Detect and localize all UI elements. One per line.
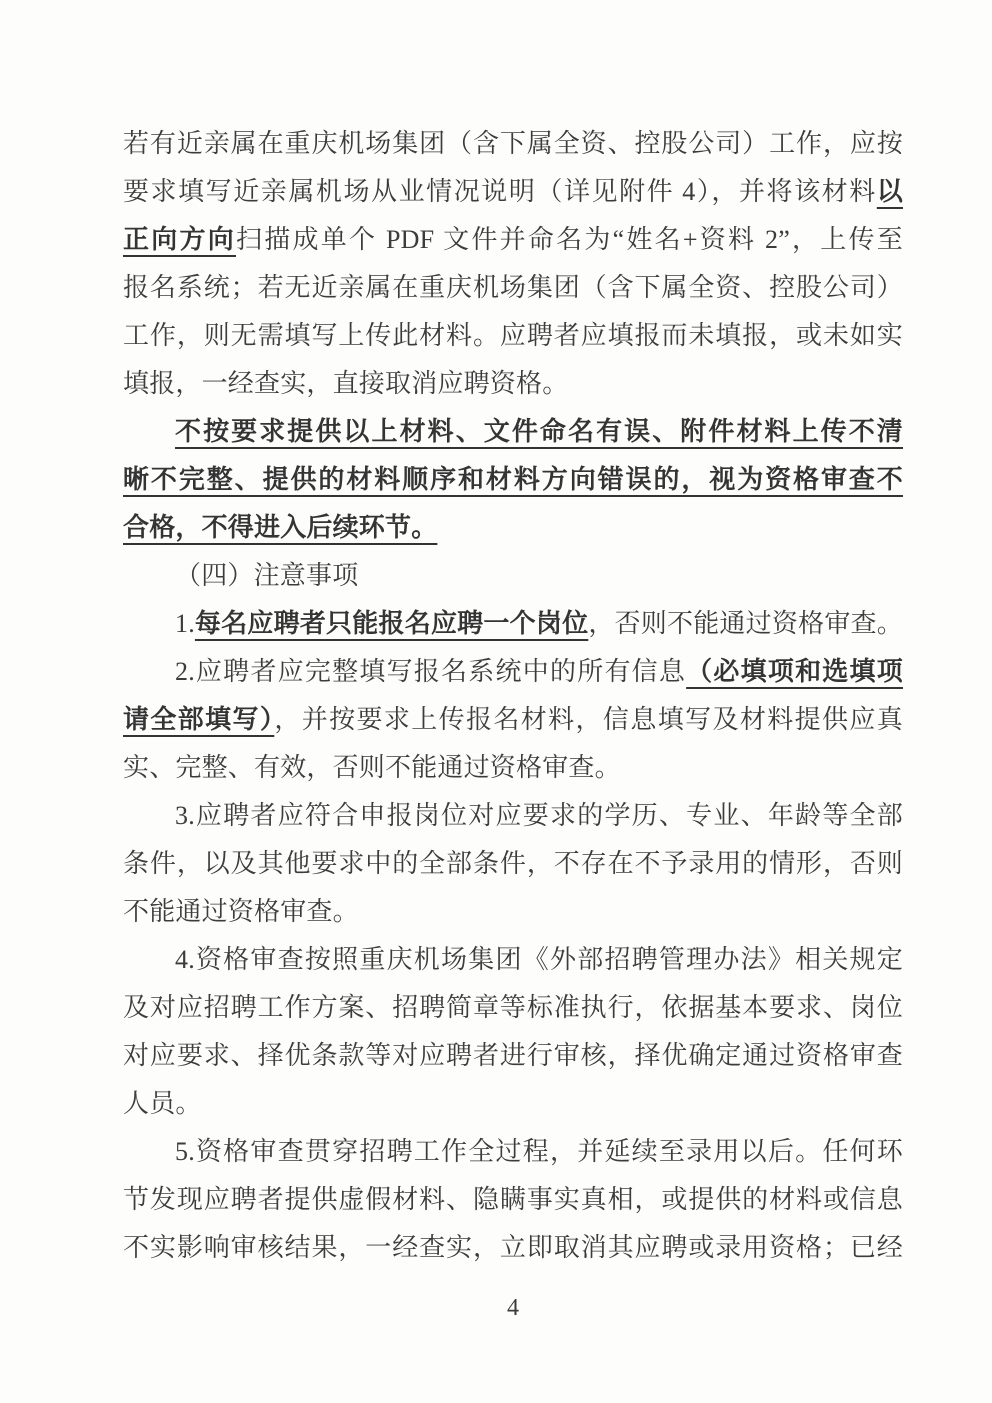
page-number: 4: [123, 1290, 903, 1326]
emphasized-text: 不按要求提供以上材料、文件命名有误、附件材料上传不清: [175, 417, 903, 446]
document-page: 若有近亲属在重庆机场集团（含下属全资、控股公司）工作，应按要求填写近亲属机场从业…: [0, 0, 992, 1403]
text-line: 晰不完整、提供的材料顺序和材料方向错误的，视为资格审查不: [123, 456, 903, 504]
body-text: 填报，一经查实，直接取消应聘资格。: [123, 369, 568, 398]
text-line: 合格，不得进入后续环节。: [123, 504, 903, 552]
text-line: 不能通过资格审查。: [123, 888, 903, 936]
body-text: 报名系统；若无近亲属在重庆机场集团（含下属全资、控股公司）: [123, 273, 903, 302]
body-text: 人员。: [123, 1089, 202, 1118]
text-line: 实、完整、有效，否则不能通过资格审查。: [123, 744, 903, 792]
text-line: 请全部填写），并按要求上传报名材料，信息填写及材料提供应真: [123, 696, 903, 744]
body-text: 5.资格审查贯穿招聘工作全过程，并延续至录用以后。任何环: [175, 1137, 903, 1166]
body-text: （四）注意事项: [175, 561, 358, 590]
emphasized-text: 晰不完整、提供的材料顺序和材料方向错误的，视为资格审查不: [123, 465, 903, 494]
body-text: 不能通过资格审查。: [123, 897, 359, 926]
text-line: 不按要求提供以上材料、文件命名有误、附件材料上传不清: [123, 408, 903, 456]
text-line: （四）注意事项: [123, 552, 903, 600]
text-line: 2.应聘者应完整填写报名系统中的所有信息（必填项和选填项: [123, 648, 903, 696]
body-text: 不实影响审核结果，一经查实，立即取消其应聘或录用资格；已经: [123, 1233, 903, 1262]
body-text: 工作，则无需填写上传此材料。应聘者应填报而未填报，或未如实: [123, 321, 903, 350]
emphasized-text: 请全部填写）: [123, 705, 274, 734]
text-line: 5.资格审查贯穿招聘工作全过程，并延续至录用以后。任何环: [123, 1128, 903, 1176]
text-line: 填报，一经查实，直接取消应聘资格。: [123, 360, 903, 408]
body-text: 实、完整、有效，否则不能通过资格审查。: [123, 753, 621, 782]
text-line: 正向方向扫描成单个 PDF 文件并命名为“姓名+资料 2”，上传至: [123, 216, 903, 264]
text-line: 对应要求、择优条款等对应聘者进行审核，择优确定通过资格审查: [123, 1032, 903, 1080]
body-text: 1.: [175, 609, 195, 638]
body-text: 若有近亲属在重庆机场集团（含下属全资、控股公司）工作，应按: [123, 129, 903, 158]
text-line: 节发现应聘者提供虚假材料、隐瞒事实真相，或提供的材料或信息: [123, 1176, 903, 1224]
text-line: 4.资格审查按照重庆机场集团《外部招聘管理办法》相关规定: [123, 936, 903, 984]
emphasized-text: 正向方向: [123, 225, 236, 254]
body-text: 对应要求、择优条款等对应聘者进行审核，择优确定通过资格审查: [123, 1041, 903, 1070]
body-text: 2.应聘者应完整填写报名系统中的所有信息: [175, 657, 686, 686]
body-text: 要求填写近亲属机场从业情况说明（详见附件 4），并将该材料: [123, 177, 877, 206]
body-text: 及对应招聘工作方案、招聘简章等标准执行，依据基本要求、岗位: [123, 993, 903, 1022]
body-text: 条件，以及其他要求中的全部条件，不存在不予录用的情形，否则: [123, 849, 903, 878]
emphasized-text: （必填项和选填项: [686, 657, 903, 686]
text-line: 若有近亲属在重庆机场集团（含下属全资、控股公司）工作，应按: [123, 120, 903, 168]
text-line: 3.应聘者应符合申报岗位对应要求的学历、专业、年龄等全部: [123, 792, 903, 840]
emphasized-text: 每名应聘者只能报名应聘一个岗位: [195, 609, 588, 638]
body-text: 3.应聘者应符合申报岗位对应要求的学历、专业、年龄等全部: [175, 801, 903, 830]
body-text: 节发现应聘者提供虚假材料、隐瞒事实真相，或提供的材料或信息: [123, 1185, 903, 1214]
body-text: ，否则不能通过资格审查。: [588, 609, 903, 638]
body-text: ，并按要求上传报名材料，信息填写及材料提供应真: [274, 705, 903, 734]
text-line: 条件，以及其他要求中的全部条件，不存在不予录用的情形，否则: [123, 840, 903, 888]
text-line: 及对应招聘工作方案、招聘简章等标准执行，依据基本要求、岗位: [123, 984, 903, 1032]
emphasized-text: 以: [877, 177, 903, 206]
text-line: 不实影响审核结果，一经查实，立即取消其应聘或录用资格；已经: [123, 1224, 903, 1272]
body-text: 扫描成单个 PDF 文件并命名为“姓名+资料 2”，上传至: [236, 225, 903, 254]
text-line: 工作，则无需填写上传此材料。应聘者应填报而未填报，或未如实: [123, 312, 903, 360]
text-line: 要求填写近亲属机场从业情况说明（详见附件 4），并将该材料以: [123, 168, 903, 216]
emphasized-text: 合格，不得进入后续环节。: [123, 513, 437, 542]
body-text: 4.资格审查按照重庆机场集团《外部招聘管理办法》相关规定: [175, 945, 903, 974]
text-line: 报名系统；若无近亲属在重庆机场集团（含下属全资、控股公司）: [123, 264, 903, 312]
text-line: 1.每名应聘者只能报名应聘一个岗位，否则不能通过资格审查。: [123, 600, 903, 648]
text-line: 人员。: [123, 1080, 903, 1128]
document-body: 若有近亲属在重庆机场集团（含下属全资、控股公司）工作，应按要求填写近亲属机场从业…: [123, 120, 903, 1272]
